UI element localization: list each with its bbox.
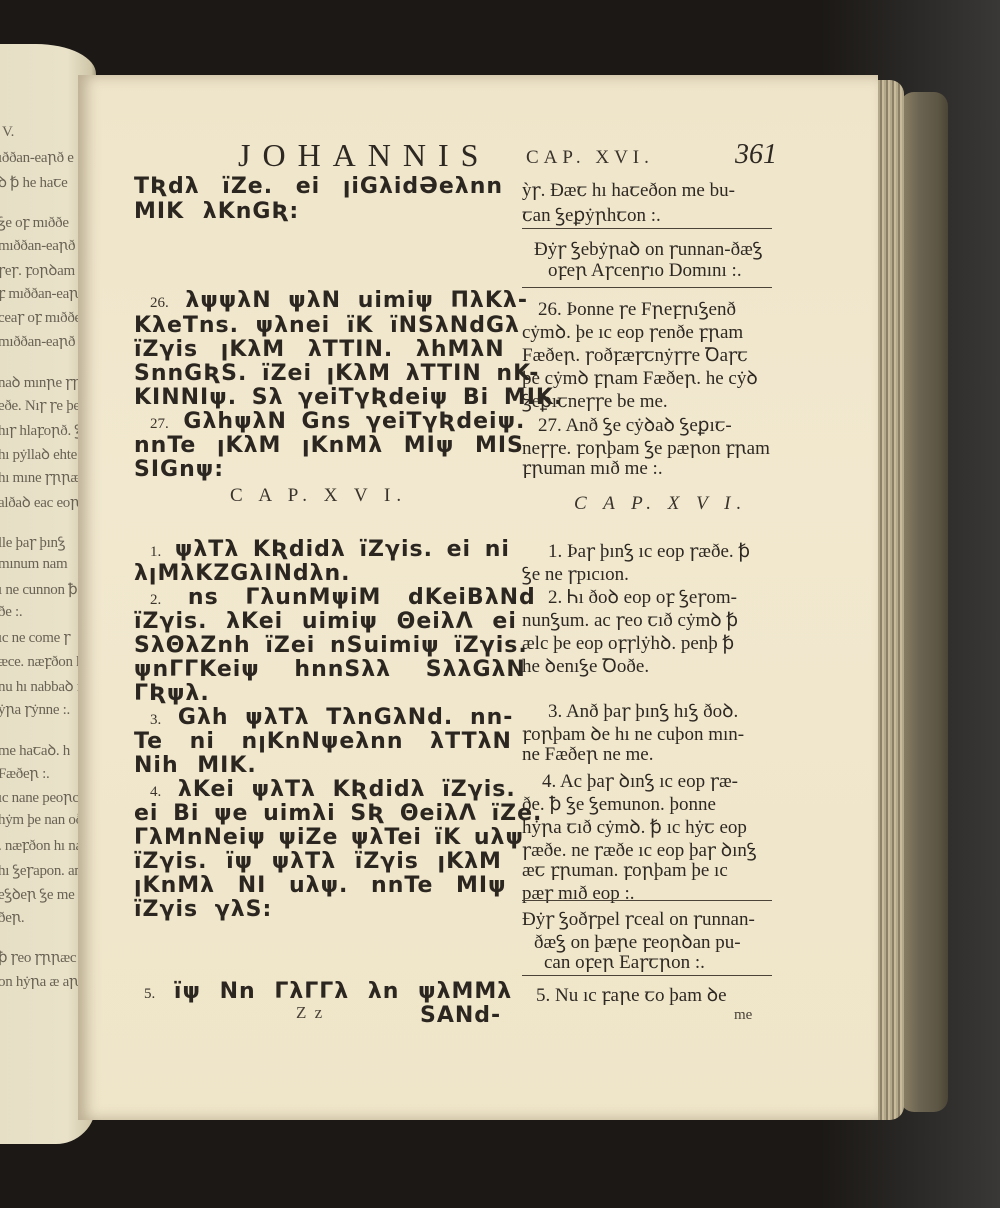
gothic-line: SnnGƦS. ïZei ꞁKλM λTTIN nK- <box>134 361 539 386</box>
running-head-chapter: CAP. XVI. <box>526 147 654 169</box>
facing-page-line: ıððan-eaꞃð e <box>0 148 74 167</box>
book-page-361: JOHANNIS CAP. XVI. 361 TƦdλ ïZe. ei ꞁiGλ… <box>78 75 878 1120</box>
gothic-line: λꞁMλKZGλINdλn. <box>134 561 351 586</box>
facing-page-line: ceaꞅ oꝼ mıððe <box>0 308 81 327</box>
gothic-verse-5: 5. ïψ Nn ΓλΓΓλ λn ψλMMλ <box>144 979 512 1004</box>
running-head-title: JOHANNIS <box>238 137 490 174</box>
gothic-line: ΓƦψλ. <box>134 681 210 706</box>
catchword-gothic: SANd- <box>420 1003 501 1028</box>
gothic-line: nnTe ꞁKλM ꞁKnMλ MIψ MIS <box>134 433 524 458</box>
verse-number: 4. <box>542 771 556 792</box>
gothic-line: ꞁKnMλ NI uλψ. nnTe MIψ <box>134 873 507 898</box>
facing-page-line: mınum nam <box>0 556 67 573</box>
gothic-line: ïZγis. λKei uimiψ ΘeiλΛ ei <box>134 609 517 634</box>
facing-page-line: ẏꞃa ꞅẏnne :. <box>0 700 70 719</box>
verse-number: 2. <box>548 587 562 608</box>
gothic-line: KλeTns. ψλnei ïK ïNSλNdGλ <box>134 313 520 338</box>
verse-number: 1. <box>150 544 161 560</box>
gothic-line: Te ni nꞁKnNψeλnn λTTλN <box>134 729 512 754</box>
facing-page-line: ꝺ ꝥ he haꞇe <box>0 172 68 192</box>
oe-line: pæꞅ mıð eop :. <box>522 882 635 905</box>
gothic-line: λψψλN ψλN uimiψ ΠλKλ- <box>185 288 528 313</box>
gothic-line: ns ΓλunMψiM dKeiBλNd <box>188 585 536 610</box>
gothic-verse-2: 2. ns ΓλunMψiM dKeiBλNd <box>150 585 536 610</box>
facing-page-line: ðeꞃ. <box>0 908 24 927</box>
oe-line: Anð þaꞅ þınꝣ hıꝣ ðoꝺ. <box>566 701 738 722</box>
page-number: 361 <box>735 139 777 171</box>
verse-number: 27. <box>150 416 169 432</box>
facing-page-line: eꝣꝺeꞃ ꝣe me <box>0 884 74 904</box>
facing-page-line: ı ne cunnon ꝥ <box>0 580 77 599</box>
facing-page-line: lle þaꞅ þınꝣ <box>0 532 65 552</box>
verse-number: 2. <box>150 592 161 608</box>
gothic-line: SIGnψ: <box>134 457 224 482</box>
verse-number: 5. <box>536 985 550 1006</box>
oe-line: ꝣeꝑıꞇneꞅꞅe be me. <box>522 387 668 413</box>
facing-page-line: V. <box>2 124 14 141</box>
verse-number: 3. <box>150 712 161 728</box>
verse-number: 26. <box>150 295 169 311</box>
oe-verse-5: 5. Nu ıc ꝼaꞃe ꞇo þam ꝺe <box>536 981 727 1007</box>
facing-page-line: hıꞅ hlaꝼoꞃð. ꝣ <box>0 420 82 440</box>
gothic-verse-26: 26. λψψλN ψλN uimiψ ΠλKλ- <box>150 288 528 313</box>
gothic-line: ei Bi ψe uimλi SƦ ΘeiλΛ ïZe. <box>134 801 542 826</box>
divider-rule <box>522 975 772 976</box>
gothic-line: ïZγis ꞁKλM λTTIN. λhMλN <box>134 337 505 362</box>
facing-page-line: æce. næꝼðon h <box>0 652 83 671</box>
verse-number: 3. <box>548 701 562 722</box>
gothic-line: ïψ Nn ΓλΓΓλ λn ψλMMλ <box>174 979 512 1004</box>
facing-page-line: on hẏꞃa æ aꞃꞃ <box>0 972 88 991</box>
verse-number: 27. <box>538 415 562 436</box>
facing-page-line: . næꝼðon hı na <box>0 836 82 855</box>
signature-mark: Z z <box>296 1003 324 1023</box>
divider-rule <box>522 228 772 229</box>
gothic-verse-3: 3. Gλh ψλTλ TλnGλNd. nn- <box>150 705 513 730</box>
gothic-line: ïZγis. ïψ ψλTλ ïZγis ꞁKλM <box>134 849 502 874</box>
oe-chapter-heading: C A P. X V I. <box>574 493 747 515</box>
gothic-line: MIK λKnGƦ: <box>134 199 299 224</box>
facing-page-line: me haꞇaꝺ. h <box>0 740 70 760</box>
facing-page-line: hẏm þe nan oð <box>0 812 83 829</box>
gothic-line: GλhψλN Gns γeiTγƦdeiψ. <box>183 409 525 434</box>
gothic-verse-27: 27. GλhψλN Gns γeiTγƦdeiψ. <box>150 409 525 434</box>
facing-page-line: nu hı nabbaꝺ n <box>0 676 84 696</box>
rubric-line: oꝼeꞃ Aꞅcenꞅıo Domını :. <box>548 259 742 282</box>
oe-line: Ac þaꞅ ꝺınꝣ ıc eop ꞅæ- <box>560 771 738 792</box>
divider-rule <box>522 287 772 288</box>
facing-page-line: hı ꝣeꞅapon. anð <box>0 860 89 880</box>
gothic-chapter-heading: C A P. X V I. <box>230 485 407 507</box>
oe-line: ꝼꞃuman mıð me :. <box>522 457 663 480</box>
facing-page-line: Fæðeꞃ :. <box>0 764 49 783</box>
facing-page-line: ꝼ mıððan-eaꞃð <box>0 284 86 303</box>
oe-line: Ꮒı ðoꝺ eop oꝼ ꝣeꞅom- <box>567 587 737 608</box>
oe-line: he ꝺenıꝣe Ꝺoðe. <box>522 652 649 678</box>
gothic-line: Gλh ψλTλ TλnGλNd. nn- <box>178 705 513 730</box>
oe-line: Nu ıc ꝼaꞃe ꞇo þam ꝺe <box>555 985 727 1006</box>
gothic-line: ΓλMnNeiψ ψiZe ψλTei ïK uλψ <box>134 825 524 850</box>
gothic-line: Nih MIK. <box>134 753 257 778</box>
facing-page-line: hı mıne ꞅꞃꞃæ <box>0 468 80 487</box>
facing-page-line: ꝣe oꝼ mıððe <box>0 212 69 232</box>
gothic-verse-4: 4. λKei ψλTλ KƦdidλ ïZγis. <box>150 777 516 802</box>
oe-line: Anð ꝣe cẏꝺaꝺ ꝣeꝑıꞇ- <box>565 415 731 436</box>
gothic-verse-1: 1. ψλTλ KƦdidλ ïZγis. ei ni <box>150 537 510 562</box>
gothic-line: ψλTλ KƦdidλ ïZγis. ei ni <box>175 537 510 562</box>
oe-line: ꞇan ꝣeꝑẏꞃhꞇon :. <box>522 201 661 227</box>
gothic-line: ψnΓΓKeiψ hnnSλλ SλλGλN <box>134 657 526 682</box>
facing-page-line: alðaꝺ eac eoꞃ <box>0 492 79 512</box>
divider-rule <box>522 900 772 901</box>
oe-line: ỳꞅ. Ðæꞇ hı haꞇeðon me bu- <box>522 179 735 202</box>
gothic-line: λKei ψλTλ KƦdidλ ïZγis. <box>178 777 516 802</box>
rubric-line: can oꝼeꞃ Eaꞅꞇꞃon :. <box>544 951 705 974</box>
gothic-line: SλΘλZnh ïZei nSuimiψ ïZγis. <box>134 633 528 658</box>
facing-page-line: eðe. Nıꞅ ꞅe þeo <box>0 396 87 415</box>
gothic-line: KINNIψ. Sλ γeiTγƦdeiψ Bi MIK. <box>134 385 563 410</box>
facing-page-line: ıc nane peoꞃc <box>0 788 79 807</box>
oe-line: Þaꞅ þınꝣ ıc eop ꞅæðe. ꝥ <box>567 541 750 562</box>
oe-line: Þonne ꞅe Fꞃeꝼꞃıꝣenð <box>567 299 736 320</box>
verse-number: 4. <box>150 784 161 800</box>
gothic-line: ïZγis γλS: <box>134 897 272 922</box>
rubric-line: Ðẏꞅ ꝣebẏꞃaꝺ on ꞅunnan-ðæꝣ <box>534 235 762 261</box>
facing-page-line: mıððan-eaꞃð <box>0 236 75 255</box>
facing-page-line: ıc ne come ꞅ <box>0 628 70 647</box>
gothic-line: TƦdλ ïZe. ei ꞁiGλidƏeλnn <box>134 174 503 199</box>
facing-page-line: ðe :. <box>0 604 22 621</box>
book-binding-edge <box>900 92 948 1112</box>
verse-number: 26. <box>538 299 562 320</box>
oe-line: ne Fæðeꞃ ne me. <box>522 743 654 766</box>
catchword: me <box>734 1007 752 1024</box>
facing-page-line: mıððan-eaꞃð e <box>0 332 85 351</box>
facing-page-line: ꞅeꞅ. ꝼoꞃꝺam <box>0 260 75 280</box>
facing-page-line: hı pẏllaꝺ ehte <box>0 444 77 464</box>
verse-number: 1. <box>548 541 562 562</box>
verse-number: 5. <box>144 986 155 1002</box>
oe-line: æꞇ ꝼꞃuman. ꝼoꞃþam þe ıc <box>522 859 728 882</box>
